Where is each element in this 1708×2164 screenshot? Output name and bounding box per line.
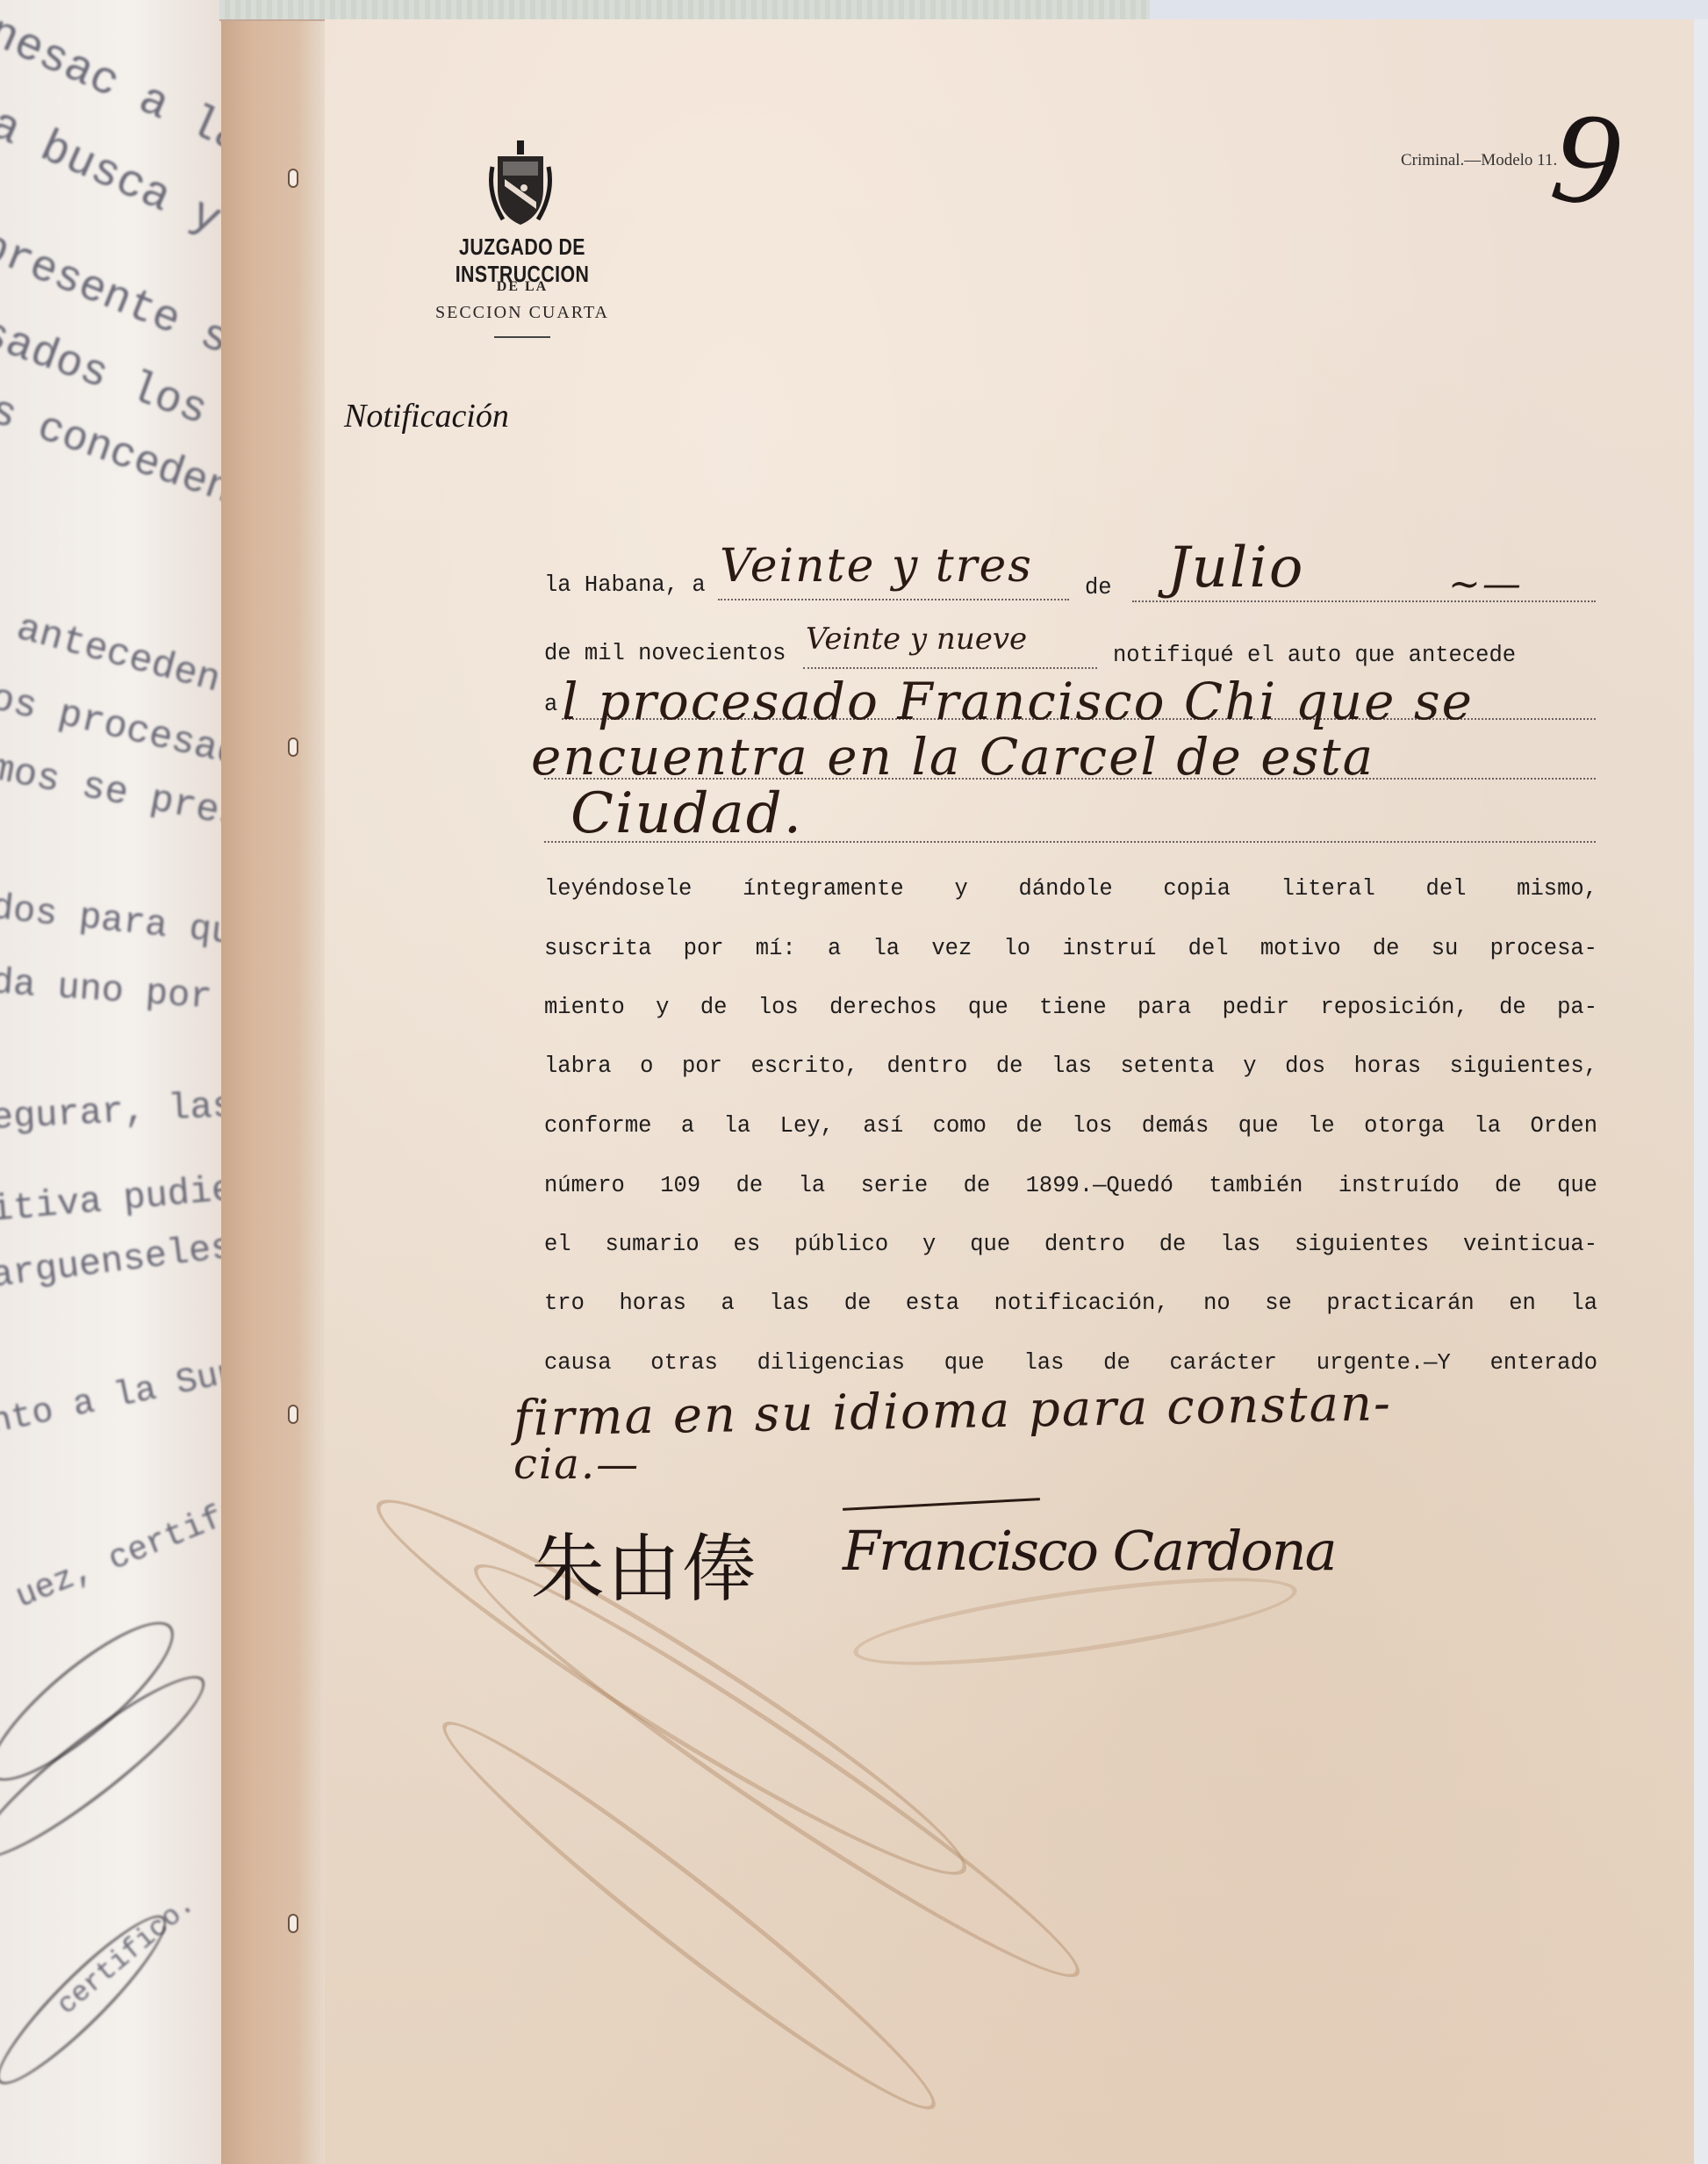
facing-page-line: itiva pudieran corresp <box>0 1147 221 1232</box>
latin-signature: Francisco Cardona <box>843 1519 1336 1583</box>
binding-margin <box>300 18 325 2164</box>
binding-spine <box>221 0 300 2164</box>
staple-hole <box>288 1914 298 1933</box>
year-suffix: notifiqué el auto que antecede <box>1113 643 1516 668</box>
body-text-line: tro horas a las de esta notificación, no… <box>544 1290 1597 1316</box>
court-section: SECCION CUARTA <box>369 303 676 323</box>
body-text-line: número 109 de la serie de 1899.—Quedó ta… <box>544 1173 1597 1198</box>
facing-page-line: uez, certifico. <box>11 1469 221 1616</box>
notification-page <box>325 19 1699 2164</box>
month-field-line <box>1132 600 1596 602</box>
recipient-handwritten: Ciudad. <box>571 781 803 846</box>
body-text-line: leyéndosele íntegramente y dándole copia… <box>544 876 1597 902</box>
facing-page: nesac a la Carcel y a busca y captura pr… <box>0 0 221 2164</box>
recipient-handwritten: encuentra en la Carcel de esta <box>531 727 1374 787</box>
year-prefix: de mil novecientos <box>544 641 786 666</box>
body-text-line: conforme a la Ley, así como de los demás… <box>544 1113 1597 1139</box>
month-flourish: ~— <box>1448 562 1523 607</box>
body-text-line: el sumario es público y que dentro de la… <box>544 1232 1597 1257</box>
underlying-document: Modelo No. <box>219 0 1150 21</box>
month-handwritten: Julio <box>1167 536 1304 600</box>
recipient-handwritten: l procesado Francisco Chi que se <box>562 672 1474 731</box>
header-divider <box>494 336 550 338</box>
court-subtitle: DE LA <box>369 279 676 295</box>
closing-handwritten: cia.— <box>513 1440 640 1489</box>
document-type-title: Notificación <box>344 397 509 435</box>
staple-hole <box>288 169 298 188</box>
body-text-line: causa otras diligencias que las de carác… <box>544 1350 1597 1376</box>
day-field-line <box>718 599 1069 600</box>
coat-of-arms-icon <box>485 140 556 228</box>
background-surface <box>1694 19 1708 2164</box>
body-text-line: suscrita por mí: a la vez lo instruí del… <box>544 936 1597 961</box>
year-field-line <box>803 667 1097 669</box>
date-de: de <box>1085 575 1112 600</box>
recipient-prefix: a <box>544 692 557 717</box>
bleed-through-signature <box>422 1696 957 2135</box>
staple-hole <box>288 1405 298 1424</box>
body-text-line: miento y de los derechos que tiene para … <box>544 995 1597 1020</box>
chinese-signature: 朱由俸 <box>531 1510 757 1616</box>
day-handwritten: Veinte y tres <box>720 540 1033 593</box>
facing-page-signature <box>0 1900 182 2100</box>
facing-page-line: egurar, las responsab <box>0 1073 221 1140</box>
form-model-label: Criminal.—Modelo 11. <box>1401 151 1557 170</box>
facing-page-line: da uno por la suma <box>0 961 221 1032</box>
body-text-line: labra o por escrito, dentro de las seten… <box>544 1053 1597 1079</box>
staple-hole <box>288 737 298 757</box>
year-handwritten: Veinte y nueve <box>806 622 1027 657</box>
facing-page-line: nto a la Superioridad <box>0 1313 221 1444</box>
date-prefix: la Habana, a <box>544 572 706 598</box>
